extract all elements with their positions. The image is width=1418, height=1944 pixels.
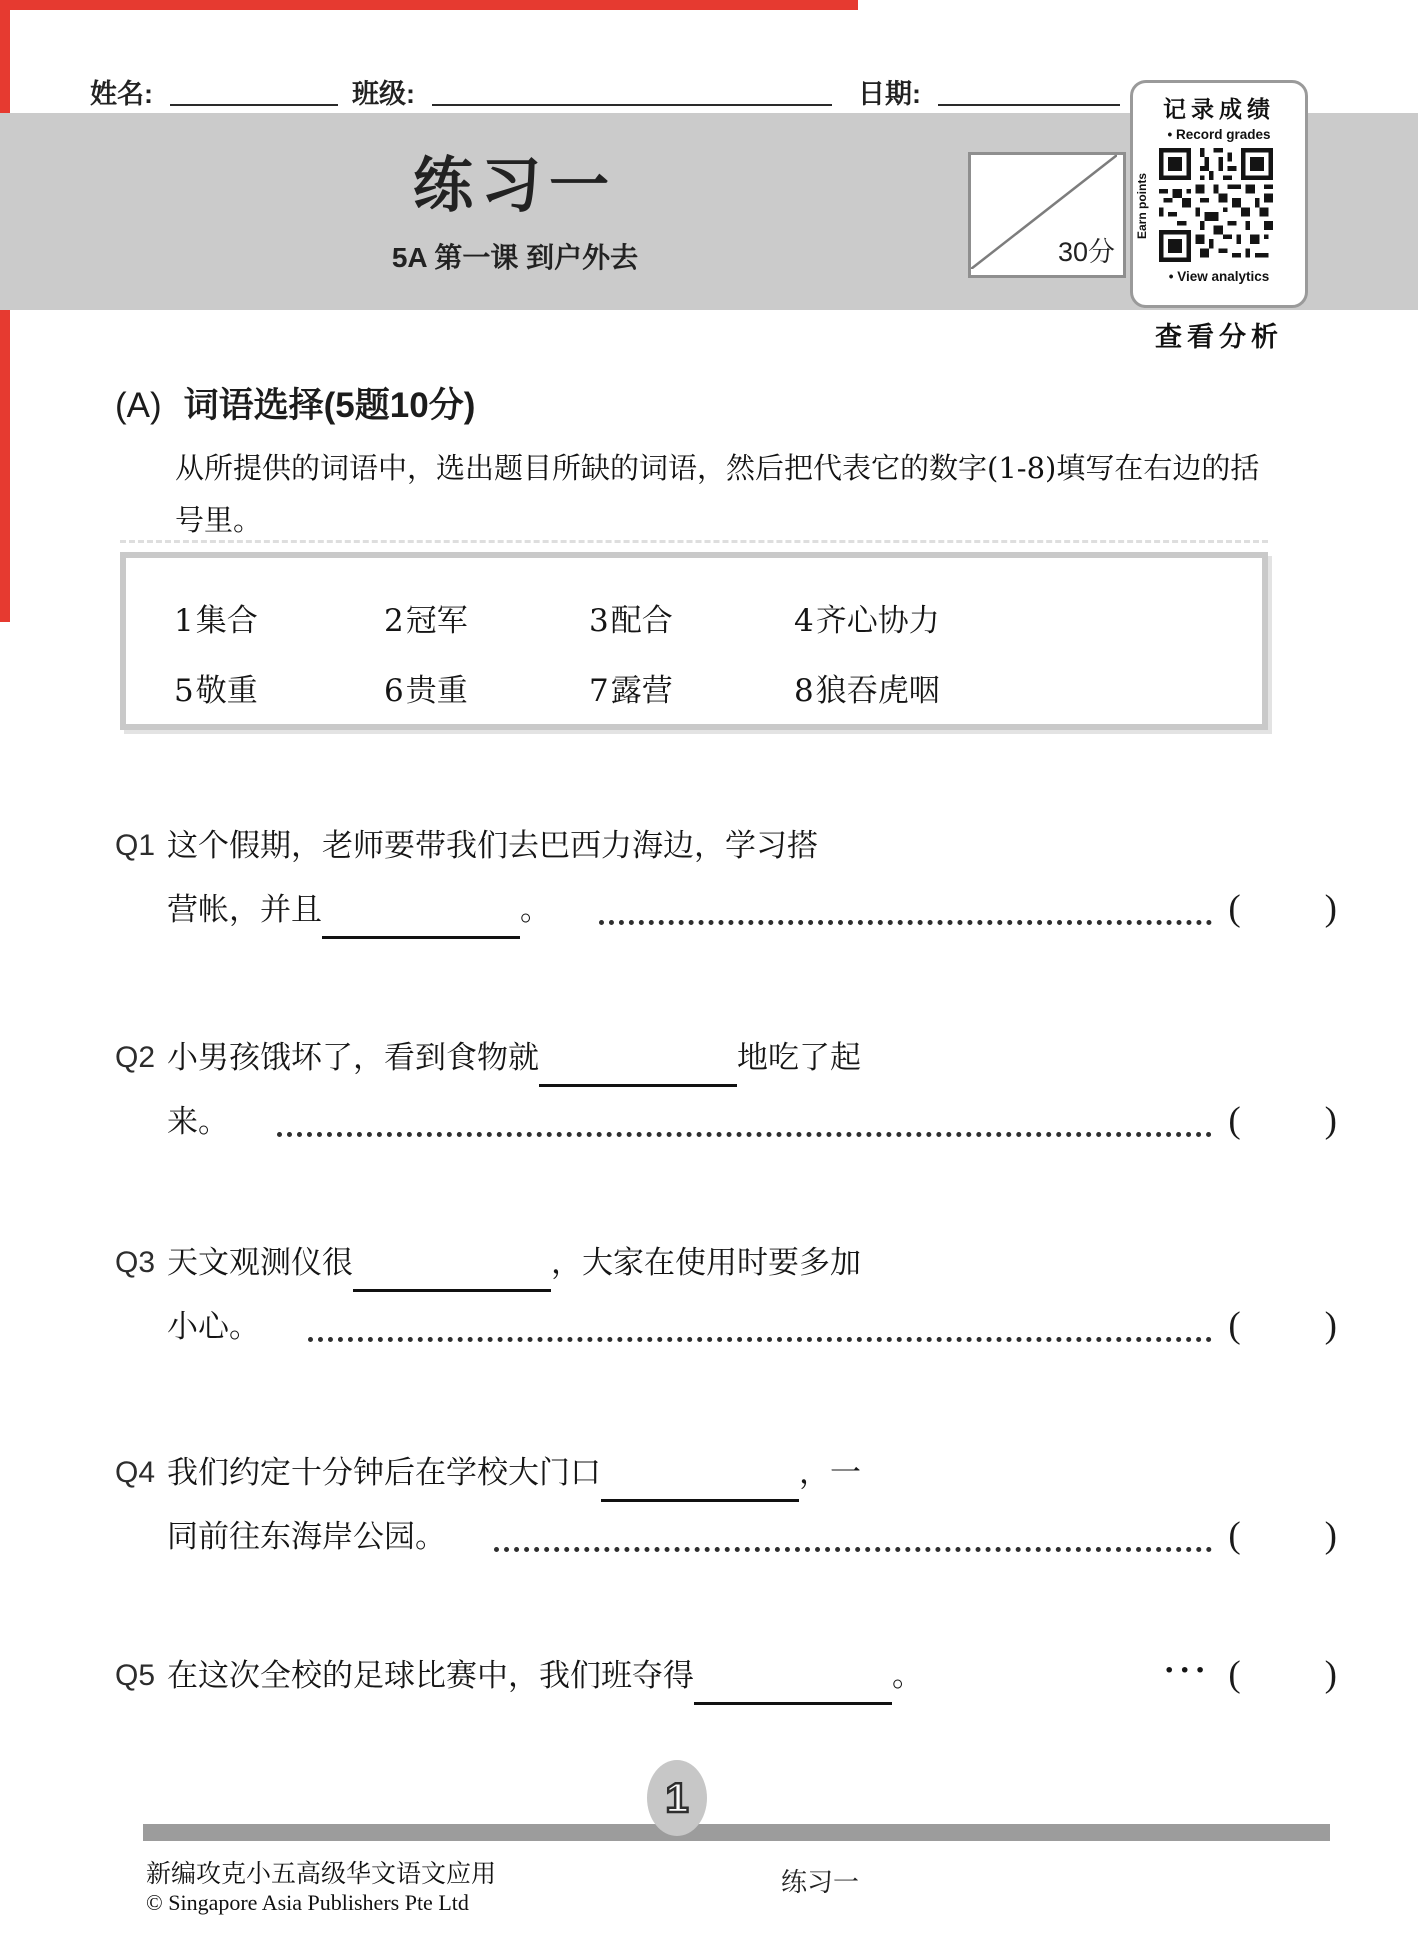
- answer-bracket[interactable]: (): [1228, 1099, 1337, 1142]
- answer-blank[interactable]: [539, 1082, 737, 1087]
- dotted-leader-short: ···: [1164, 1653, 1210, 1688]
- qr-bullet-record-grades: • Record grades: [1133, 127, 1305, 142]
- question-id: Q2: [115, 1032, 167, 1160]
- section-heading: (A)词语选择(5题10分): [115, 378, 475, 428]
- question-text: 我们约定十分钟后在学校大门口: [167, 1447, 601, 1492]
- question-text: 来。: [167, 1096, 229, 1141]
- question-text: 。: [892, 1650, 923, 1695]
- question-text: 。: [520, 884, 551, 929]
- section-title: 词语选择(5题10分): [184, 386, 476, 425]
- answer-bracket[interactable]: (): [1228, 887, 1337, 930]
- question-id: Q4: [115, 1447, 167, 1575]
- answer-bracket[interactable]: (): [1228, 1304, 1337, 1347]
- word-bank-item: 5敬重: [174, 665, 384, 710]
- score-total-label: 30分: [1058, 230, 1115, 269]
- page-trim-top: [0, 0, 858, 10]
- question-text: 在这次全校的足球比赛中，我们班夺得: [167, 1650, 694, 1695]
- question-q1: Q1这个假期，老师要带我们去巴西力海边，学习搭营帐，并且。(): [115, 820, 1337, 948]
- word-bank-item: 7露营: [589, 665, 794, 710]
- dotted-leader: [599, 920, 1212, 925]
- perforation-line: [120, 540, 1268, 543]
- question-text: 同前往东海岸公园。: [167, 1511, 446, 1556]
- answer-blank[interactable]: [694, 1700, 892, 1705]
- name-field-label: 姓名:: [90, 72, 153, 111]
- question-id: Q3: [115, 1237, 167, 1365]
- qr-bullet-view-analytics: • View analytics: [1133, 269, 1305, 284]
- question-text: 小男孩饿坏了，看到食物就: [167, 1032, 539, 1077]
- answer-bracket[interactable]: (): [1228, 1653, 1337, 1696]
- question-text: 地吃了起: [737, 1032, 861, 1077]
- worksheet-page: 姓名: 班级: 日期: 练习一 5A 第一课 到户外去 30分 记录成绩 • R…: [0, 0, 1418, 1944]
- page-number-badge: 1: [647, 1760, 707, 1836]
- question-q2: Q2小男孩饿坏了，看到食物就地吃了起来。(): [115, 1032, 1337, 1160]
- score-box: 30分: [968, 152, 1126, 278]
- qr-card-title-zh: 记录成绩: [1133, 91, 1305, 124]
- page-number: 1: [665, 1774, 688, 1822]
- word-bank-item: 3配合: [589, 595, 794, 640]
- answer-blank[interactable]: [353, 1287, 551, 1292]
- answer-blank[interactable]: [322, 934, 520, 939]
- question-text: 营帐，并且: [167, 884, 322, 929]
- answer-bracket[interactable]: (): [1228, 1514, 1337, 1557]
- question-text: ，一: [799, 1447, 861, 1492]
- answer-blank[interactable]: [601, 1497, 799, 1502]
- date-field-label: 日期:: [858, 72, 921, 111]
- word-bank-item: 2冠军: [384, 595, 589, 640]
- exercise-subtitle: 5A 第一课 到户外去: [0, 236, 1030, 276]
- dotted-leader: [308, 1337, 1212, 1342]
- word-bank-box: 1集合2冠军3配合4齐心协力5敬重6贵重7露营8狼吞虎咽: [120, 552, 1268, 730]
- qr-side-earn-points: Earn points: [1135, 150, 1151, 262]
- footer-bar: [143, 1824, 1330, 1841]
- footer-book-title: 新编攻克小五高级华文语文应用: [146, 1854, 496, 1890]
- word-bank-grid: 1集合2冠军3配合4齐心协力5敬重6贵重7露营8狼吞虎咽: [126, 558, 1262, 722]
- qr-card: 记录成绩 • Record grades Earn points: [1130, 80, 1308, 308]
- qr-code-icon: [1159, 148, 1273, 267]
- instruction-line: 号里。: [175, 494, 1285, 546]
- footer-exercise-label: 练习一: [730, 1862, 910, 1899]
- word-bank-item: 8狼吞虎咽: [794, 665, 1262, 710]
- question-id: Q5: [115, 1650, 167, 1714]
- section-instructions: 从所提供的词语中，选出题目所缺的词语，然后把代表它的数字(1-8)填写在右边的括…: [175, 442, 1285, 546]
- question-q3: Q3天文观测仪很，大家在使用时要多加小心。(): [115, 1237, 1337, 1365]
- date-field-line[interactable]: [938, 76, 1120, 106]
- word-bank-item: 1集合: [174, 595, 384, 640]
- question-text: 小心。: [167, 1301, 260, 1346]
- section-letter: (A): [115, 386, 162, 425]
- footer-copyright: © Singapore Asia Publishers Pte Ltd: [146, 1890, 469, 1916]
- exercise-title: 练习一: [0, 138, 1030, 224]
- qr-card-bottom-zh: 查看分析: [1130, 315, 1308, 354]
- word-bank-item: 4齐心协力: [794, 595, 1262, 640]
- dotted-leader: [494, 1547, 1212, 1552]
- question-text: 这个假期，老师要带我们去巴西力海边，学习搭: [167, 820, 818, 865]
- question-text: 天文观测仪很: [167, 1237, 353, 1282]
- class-field-line[interactable]: [432, 76, 832, 106]
- instruction-line: 从所提供的词语中，选出题目所缺的词语，然后把代表它的数字(1-8)填写在右边的括: [175, 442, 1285, 494]
- question-id: Q1: [115, 820, 167, 948]
- name-field-line[interactable]: [170, 76, 338, 106]
- question-q4: Q4我们约定十分钟后在学校大门口，一同前往东海岸公园。(): [115, 1447, 1337, 1575]
- dotted-leader: [277, 1132, 1212, 1137]
- question-text: ，大家在使用时要多加: [551, 1237, 861, 1282]
- question-q5: Q5在这次全校的足球比赛中，我们班夺得。···(): [115, 1650, 1337, 1714]
- page-trim-left: [0, 0, 10, 622]
- class-field-label: 班级:: [352, 72, 415, 111]
- word-bank-item: 6贵重: [384, 665, 589, 710]
